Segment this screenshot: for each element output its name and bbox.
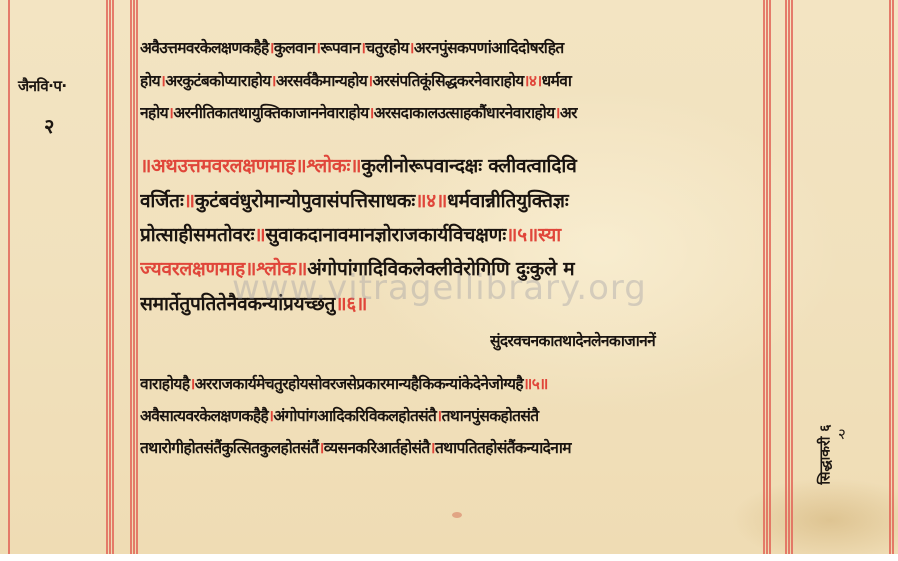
text-segment: अरसदाकालउत्साहकौंधारनेवाराहोय (374, 104, 555, 122)
rubric-segment: ॥५॥स्या (506, 224, 561, 246)
text-segment: प्रोत्साहीसमतोवरः (140, 224, 254, 246)
text-segment: अर (560, 104, 577, 122)
text-segment: रूपवान (320, 39, 360, 57)
text-line: अवैसात्यवरकेलक्षणकहैहै।अंगोपांगआदिकरिविक… (140, 404, 762, 426)
text-segment: अरसंपतिकूंसिद्धकरनेवाराहोय (372, 72, 523, 90)
rubric-segment: ॥६॥ (335, 293, 367, 315)
left-margin-folio-number: २ (44, 112, 54, 139)
manuscript-page: जैनवि·प· २ सिद्धाकरी ६ २ अवैउत्तमवरकेलक्… (0, 0, 898, 554)
text-segment: चतुरहोय (365, 39, 408, 57)
text-segment: अवैसात्यवरकेलक्षणकहैहै (140, 407, 268, 425)
text-segment: व्यसनकरिआर्तहोसंतै (324, 439, 430, 457)
text-segment: कुलीनोरूपवान्दक्षः क्लीवत्वादिवि (361, 155, 576, 177)
text-segment: वाराहोयहै (140, 375, 189, 393)
rubric-segment: ॥४॥ (415, 190, 447, 212)
rubric-segment: ॥ (184, 190, 195, 212)
text-segment: अवैउत्तमवरकेलक्षणकहैहै (140, 39, 269, 57)
text-segment: अंगोपांगआदिकरिविकलहोतसंतै (273, 407, 436, 425)
rubric-segment: ॥अथउत्तमवरलक्षणमाह॥श्लोकः॥ (140, 155, 361, 177)
rubric-segment: ॥५॥ (523, 375, 548, 393)
text-segment: अरनीतिकातथायुक्तिकाजाननेवाराहोय (173, 104, 368, 122)
text-line: समार्तेतुपतितेनैवकन्यांप्रयच्छतु॥६॥ (140, 290, 762, 316)
text-segment: तथानपुंसकहोतसंतै (442, 407, 539, 425)
rubric-segment: ॥ (254, 224, 265, 246)
rubric-segment: ।४। (524, 72, 542, 90)
text-segment: अरसर्वकैमान्यहोय (276, 72, 367, 90)
text-line: वाराहोयहै।अरराजकार्यमेचतुरहोयसोवरजसेप्रक… (140, 372, 762, 394)
text-segment: समार्तेतुपतितेनैवकन्यांप्रयच्छतु (140, 293, 335, 315)
gloss-line: सुंदरवचनकातथादेनलेनकाजाननें (490, 329, 762, 351)
text-line: नहोय।अरनीतिकातथायुक्तिकाजाननेवाराहोय।अरस… (140, 101, 762, 123)
text-segment: तथारोगीहोतसंतैंकुत्सितकुलहोतसंतैं (140, 439, 319, 457)
text-segment: धर्मवान्नीतियुक्तिज्ञः (447, 190, 568, 212)
text-segment: वर्जितः (140, 190, 184, 212)
text-line: वर्जितः॥कुटंबवंधुरोमान्योपुवासंपत्तिसाधक… (140, 187, 762, 213)
text-line: होय।अरकुटंबकोप्याराहोय।अरसर्वकैमान्यहोय।… (140, 69, 762, 91)
text-segment: धर्मवा (542, 72, 572, 90)
text-segment: अरराजकार्यमेचतुरहोयसोवरजसेप्रकारमान्यहैक… (195, 375, 523, 393)
right-margin-folio-number: २ (838, 424, 846, 444)
text-segment: होय (140, 72, 160, 90)
rubric-segment: ज्यवरलक्षणमाह॥श्लोक॥ (140, 258, 307, 280)
right-margin-title: सिद्धाकरी ६ (816, 400, 835, 510)
text-segment: सुंदरवचनकातथादेनलेनकाजाननें (490, 332, 655, 350)
text-line: अवैउत्तमवरकेलक्षणकहैहै।कुलवान।रूपवान।चतु… (140, 36, 762, 58)
text-line-rubric: ॥अथउत्तमवरलक्षणमाह॥श्लोकः॥कुलीनोरूपवान्द… (140, 152, 762, 178)
text-line: तथारोगीहोतसंतैंकुत्सितकुलहोतसंतैं।व्यसनक… (140, 436, 762, 458)
text-segment: कुटंबवंधुरोमान्योपुवासंपत्तिसाधकः (195, 190, 415, 212)
text-segment: सुवाकदानावमानज्ञोराजकार्यविचक्षणः (265, 224, 506, 246)
text-segment: नहोय (140, 104, 168, 122)
left-margin-title: जैनवि·प· (18, 76, 67, 96)
text-segment: अरनपुंसकपणांआदिदोषरहित (414, 39, 564, 57)
text-segment: अंगोपांगादिविकलेक्लीवेरोगिणि दुःकुले म (307, 258, 574, 280)
text-segment: कुलवान (274, 39, 315, 57)
ink-stain (452, 512, 462, 518)
text-segment: तथापतितहोसंतैंकन्यादेनाम (435, 439, 571, 457)
text-line-rubric: ज्यवरलक्षणमाह॥श्लोक॥अंगोपांगादिविकलेक्ली… (140, 255, 762, 281)
text-line: प्रोत्साहीसमतोवरः॥सुवाकदानावमानज्ञोराजका… (140, 221, 762, 247)
text-segment: अरकुटंबकोप्याराहोय (165, 72, 270, 90)
